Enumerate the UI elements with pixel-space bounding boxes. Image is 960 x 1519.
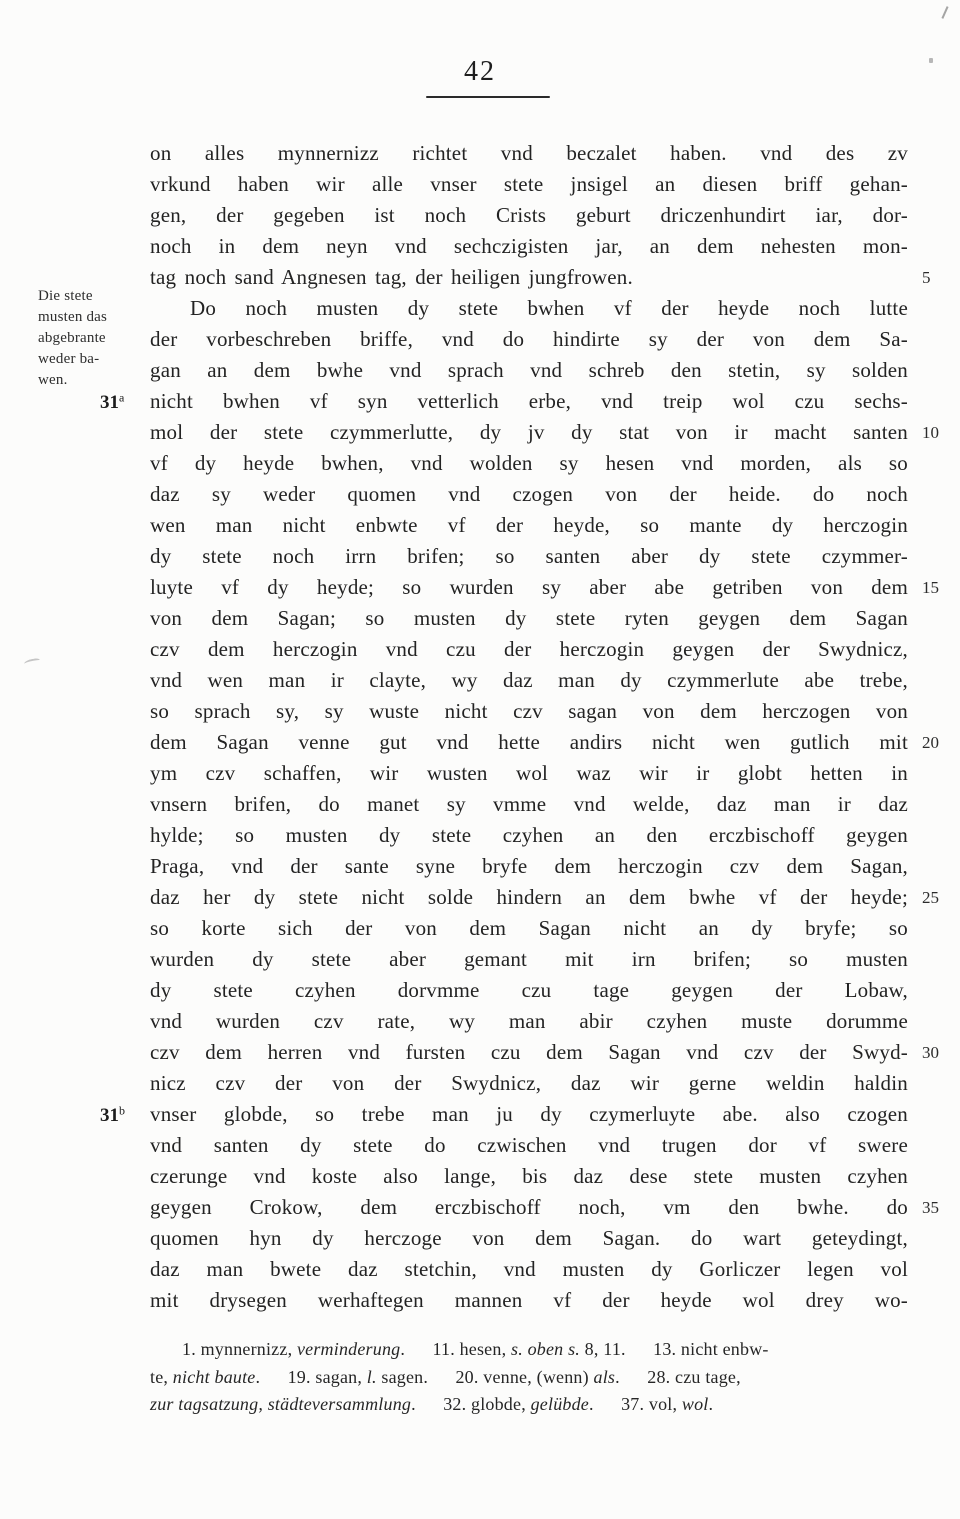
text-line: daz man bwete daz stetchin, vnd musten d… <box>150 1254 908 1285</box>
line-number: 30 <box>922 1038 939 1067</box>
footnote-gloss: l. <box>367 1367 377 1387</box>
text-line: dem Sagan venne gut vnd hette andirs nic… <box>150 727 908 758</box>
margin-note-line: wen. <box>38 370 148 391</box>
footnote-gloss: s. oben s. <box>511 1339 580 1359</box>
line-text: vnd wurden czv rate, wy man abir czyhen … <box>150 1009 908 1033</box>
text-line: vnd wurden czv rate, wy man abir czyhen … <box>150 1006 908 1037</box>
text-line: nicz czv der von der Swydnicz, daz wir g… <box>150 1068 908 1099</box>
footnote-gloss: verminderung <box>297 1339 400 1359</box>
scan-artifact-dash <box>24 658 41 667</box>
footnotes: 1. mynnernizz, verminderung. 11. hesen, … <box>150 1336 912 1419</box>
line-text: czv dem herczogin vnd czu der herczogin … <box>150 637 908 661</box>
text-line: der vorbeschreben briffe, vnd do hindirt… <box>150 324 908 355</box>
folio-marker: 31a <box>100 387 124 418</box>
line-text: czv dem herren vnd fursten czu dem Sagan… <box>150 1040 908 1064</box>
text-line: so sprach sy, sy wuste nicht czv sagan v… <box>150 696 908 727</box>
line-text: vnd santen dy stete do czwischen vnd tru… <box>150 1133 908 1157</box>
header-rule <box>426 96 550 98</box>
footnote-text: . 37. vol, <box>589 1394 682 1414</box>
text-line: dy stete noch irrn brifen; so santen abe… <box>150 541 908 572</box>
text-line: gan an dem bwhe vnd sprach vnd schreb de… <box>150 355 908 386</box>
footnote-line: zur tagsatzung, städteversammlung. 32. g… <box>150 1391 912 1419</box>
line-text: von dem Sagan; so musten dy stete ryten … <box>150 606 908 630</box>
text-line: Do noch musten dy stete bwhen vf der hey… <box>150 293 908 324</box>
scan-artifact-tick <box>941 6 948 19</box>
line-text: on alles mynnernizz richtet vnd beczalet… <box>150 141 908 165</box>
line-text: nicht bwhen vf syn vetterlich erbe, vnd … <box>150 389 908 413</box>
margin-note-line: abgebrante <box>38 328 148 349</box>
line-text: nicz czv der von der Swydnicz, daz wir g… <box>150 1071 908 1095</box>
line-number: 15 <box>922 573 939 602</box>
footnote-text: . 19. sagan, <box>255 1367 366 1387</box>
line-text: geygen Crokow, dem erczbischoff noch, vm… <box>150 1195 908 1219</box>
footnote-gloss: als <box>594 1367 616 1387</box>
line-text: vf dy heyde bwhen, vnd wolden sy hesen v… <box>150 451 908 475</box>
text-line: vf dy heyde bwhen, vnd wolden sy hesen v… <box>150 448 908 479</box>
text-line: luyte vf dy heyde; so wurden sy aber abe… <box>150 572 908 603</box>
footnote-gloss: wol <box>682 1394 709 1414</box>
footnote-text: 1. mynnernizz, <box>182 1339 297 1359</box>
text-line: czerunge vnd koste also lange, bis daz d… <box>150 1161 908 1192</box>
text-line: mol der stete czymmerlutte, dy jv dy sta… <box>150 417 908 448</box>
text-line: daz her dy stete nicht solde hindern an … <box>150 882 908 913</box>
text-line: mit drysegen werhaftegen mannen vf der h… <box>150 1285 908 1316</box>
footnote-text: . 11. hesen, <box>400 1339 511 1359</box>
line-number: 20 <box>922 728 939 757</box>
text-line: daz sy weder quomen vnd czogen von der h… <box>150 479 908 510</box>
page-header: 42 <box>8 56 952 88</box>
text-line: 31anicht bwhen vf syn vetterlich erbe, v… <box>150 386 908 417</box>
line-text: hylde; so musten dy stete czyhen an den … <box>150 823 908 847</box>
line-text: so korte sich der von dem Sagan nicht an… <box>150 916 908 940</box>
footnote-text: sagen. 20. venne, (wenn) <box>377 1367 594 1387</box>
line-text: gan an dem bwhe vnd sprach vnd schreb de… <box>150 358 908 382</box>
margin-note: Die stetemusten dasabgebranteweder ba-we… <box>38 286 148 391</box>
line-text: wurden dy stete aber gemant mit irn brif… <box>150 947 908 971</box>
line-text: tag noch sand Angnesen tag, der heiligen… <box>150 265 633 289</box>
footnote-text: . 28. czu tage, <box>615 1367 741 1387</box>
margin-note-line: weder ba- <box>38 349 148 370</box>
line-text: mol der stete czymmerlutte, dy jv dy sta… <box>150 420 908 444</box>
text-line: Praga, vnd der sante syne bryfe dem herc… <box>150 851 908 882</box>
line-text: dy stete noch irrn brifen; so santen abe… <box>150 544 908 568</box>
line-text: Do noch musten dy stete bwhen vf der hey… <box>150 296 908 320</box>
line-text: noch in dem neyn vnd sechczigisten jar, … <box>150 234 908 258</box>
text-line: 31bvnser globde, so trebe man ju dy czym… <box>150 1099 908 1130</box>
line-text: wen man nicht enbwte vf der heyde, so ma… <box>150 513 908 537</box>
line-text: dem Sagan venne gut vnd hette andirs nic… <box>150 730 908 754</box>
text-line: czv dem herren vnd fursten czu dem Sagan… <box>150 1037 908 1068</box>
line-text: der vorbeschreben briffe, vnd do hindirt… <box>150 327 908 351</box>
text-line: wen man nicht enbwte vf der heyde, so ma… <box>150 510 908 541</box>
folio-marker: 31b <box>100 1100 125 1131</box>
line-number: 35 <box>922 1193 939 1222</box>
footnote-gloss: gelübde <box>531 1394 589 1414</box>
line-text: vnser globde, so trebe man ju dy czymerl… <box>150 1102 908 1126</box>
text-line: wurden dy stete aber gemant mit irn brif… <box>150 944 908 975</box>
text-line: tag noch sand Angnesen tag, der heiligen… <box>150 262 908 293</box>
footnote-text: 8, 11. 13. nicht enbw- <box>580 1339 769 1359</box>
footnote-line: 1. mynnernizz, verminderung. 11. hesen, … <box>150 1336 912 1364</box>
text-line: quomen hyn dy herczoge von dem Sagan. do… <box>150 1223 908 1254</box>
footnote-gloss: nicht baute <box>173 1367 256 1387</box>
footnote-gloss: zur tagsatzung, städteversammlung <box>150 1394 411 1414</box>
footnote-text: . <box>709 1394 714 1414</box>
line-text: gen, der gegeben ist noch Crists geburt … <box>150 203 908 227</box>
text-line: von dem Sagan; so musten dy stete ryten … <box>150 603 908 634</box>
line-text: Praga, vnd der sante syne bryfe dem herc… <box>150 854 908 878</box>
text-line: dy stete czyhen dorvmme czu tage geygen … <box>150 975 908 1006</box>
line-text: vnsern brifen, do manet sy vmme vnd weld… <box>150 792 908 816</box>
footnote-line: te, nicht baute. 19. sagan, l. sagen. 20… <box>150 1364 912 1392</box>
text-line: hylde; so musten dy stete czyhen an den … <box>150 820 908 851</box>
line-text: daz sy weder quomen vnd czogen von der h… <box>150 482 908 506</box>
text-line: vnd wen man ir clayte, wy daz man dy czy… <box>150 665 908 696</box>
text-line: vnd santen dy stete do czwischen vnd tru… <box>150 1130 908 1161</box>
body-text: on alles mynnernizz richtet vnd beczalet… <box>150 138 908 1316</box>
margin-note-line: Die stete <box>38 286 148 307</box>
line-text: daz her dy stete nicht solde hindern an … <box>150 885 908 909</box>
text-line: so korte sich der von dem Sagan nicht an… <box>150 913 908 944</box>
line-number: 25 <box>922 883 939 912</box>
scanned-book-page: 42 Die stetemusten dasabgebranteweder ba… <box>0 0 960 1519</box>
text-line: gen, der gegeben ist noch Crists geburt … <box>150 200 908 231</box>
page-number: 42 <box>464 56 496 87</box>
line-text: dy stete czyhen dorvmme czu tage geygen … <box>150 978 908 1002</box>
line-number: 5 <box>922 263 931 292</box>
text-line: on alles mynnernizz richtet vnd beczalet… <box>150 138 908 169</box>
text-line: vnsern brifen, do manet sy vmme vnd weld… <box>150 789 908 820</box>
margin-note-line: musten das <box>38 307 148 328</box>
text-line: ym czv schaffen, wir wusten wol waz wir … <box>150 758 908 789</box>
footnote-text: . 32. globde, <box>411 1394 531 1414</box>
text-line: vrkund haben wir alle vnser stete jnsige… <box>150 169 908 200</box>
line-text: quomen hyn dy herczoge von dem Sagan. do… <box>150 1226 908 1250</box>
line-text: luyte vf dy heyde; so wurden sy aber abe… <box>150 575 908 599</box>
line-number: 10 <box>922 418 939 447</box>
line-text: mit drysegen werhaftegen mannen vf der h… <box>150 1288 908 1312</box>
line-text: ym czv schaffen, wir wusten wol waz wir … <box>150 761 908 785</box>
line-text: vrkund haben wir alle vnser stete jnsige… <box>150 172 908 196</box>
footnote-text: te, <box>150 1367 173 1387</box>
text-line: noch in dem neyn vnd sechczigisten jar, … <box>150 231 908 262</box>
line-text: so sprach sy, sy wuste nicht czv sagan v… <box>150 699 908 723</box>
line-text: czerunge vnd koste also lange, bis daz d… <box>150 1164 908 1188</box>
line-text: vnd wen man ir clayte, wy daz man dy czy… <box>150 668 908 692</box>
text-line: geygen Crokow, dem erczbischoff noch, vm… <box>150 1192 908 1223</box>
line-text: daz man bwete daz stetchin, vnd musten d… <box>150 1257 908 1281</box>
text-line: czv dem herczogin vnd czu der herczogin … <box>150 634 908 665</box>
